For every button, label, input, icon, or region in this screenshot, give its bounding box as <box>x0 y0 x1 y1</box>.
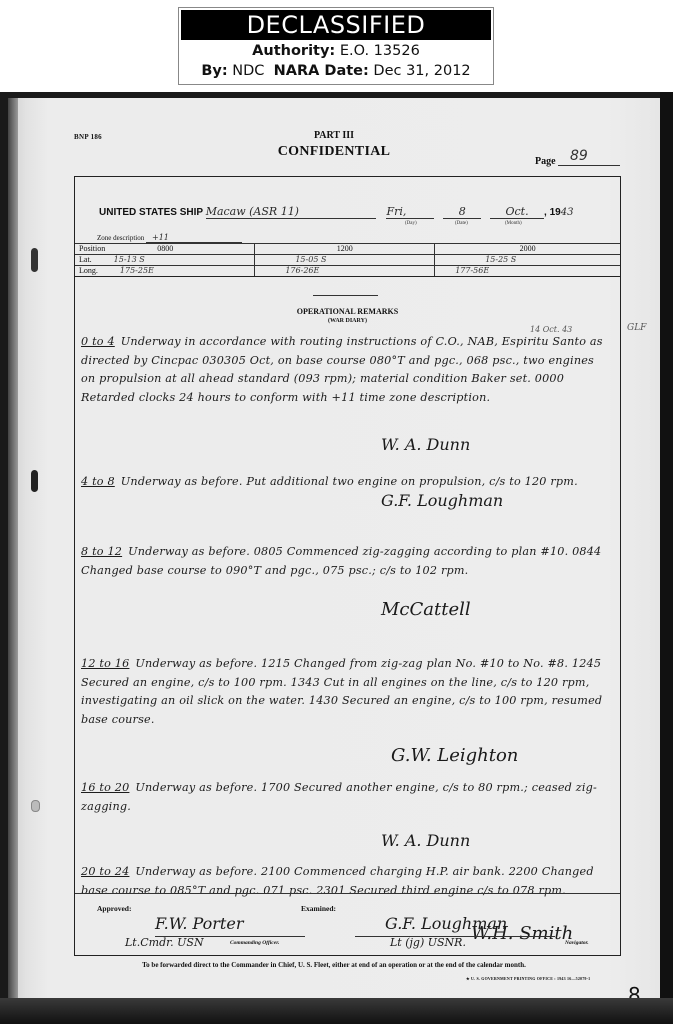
margin-initials: GLF <box>627 323 646 333</box>
latitude-row: Lat. 15-13 S 15-05 S 15-25 S <box>75 255 620 266</box>
long-1200: 176-26E <box>255 266 435 277</box>
entry-0-4: 0 to 4Underway in accordance with routin… <box>81 333 611 407</box>
authority-value: E.O. 13526 <box>340 43 420 59</box>
entry-8-12: 8 to 12Underway as before. 0805 Commence… <box>81 543 611 580</box>
watch-label: 20 to 24 <box>81 865 129 878</box>
by-value: NDC <box>232 63 264 79</box>
ship-label: UNITED STATES SHIP <box>99 207 203 218</box>
watch-label: 0 to 4 <box>81 335 115 348</box>
date-value: 8 <box>443 205 481 219</box>
time-2000: 2000 <box>435 244 620 255</box>
navigator-label: Navigator. <box>565 940 589 946</box>
zone-value: +11 <box>146 233 242 243</box>
long-0800: 175-25E <box>100 266 154 275</box>
entry-text: Underway as before. Put additional two e… <box>121 475 578 488</box>
lat-1200: 15-05 S <box>255 255 435 266</box>
time-0800: 0800 <box>157 244 173 253</box>
examined-label: Examined: <box>301 904 336 913</box>
position-label: Position <box>79 244 105 253</box>
approved-signature: F.W. Porter <box>155 914 243 933</box>
day-caption: (Day) <box>405 221 417 226</box>
year-prefix: , 19 <box>544 207 561 218</box>
entry-text: Underway as before. 1215 Changed from zi… <box>81 657 602 726</box>
entry-text: Underway as before. 2100 Commenced charg… <box>81 865 594 897</box>
signature-0-4: W. A. Dunn <box>381 435 470 454</box>
binding-edge <box>8 98 18 998</box>
authority-label: Authority: <box>252 43 335 59</box>
long-cell-0800: Long. 175-25E <box>75 266 255 277</box>
zone-label: Zone description <box>97 234 144 242</box>
footer-instruction: To be forwarded direct to the Commander … <box>8 961 660 969</box>
commanding-officer-label: Commanding Officer. <box>230 940 279 946</box>
entry-16-20: 16 to 20Underway as before. 1700 Secured… <box>81 779 611 816</box>
long-2000: 177-56E <box>435 266 620 277</box>
signature-8-12: McCattell <box>381 599 471 620</box>
time-1200: 1200 <box>255 244 435 255</box>
page-label: Page <box>535 156 556 167</box>
watch-label: 4 to 8 <box>81 475 115 488</box>
punch-hole <box>31 800 40 812</box>
position-table: Position 0800 1200 2000 Lat. 15-13 S 15-… <box>75 243 620 277</box>
scan-border-right <box>660 92 673 1024</box>
page-number: 89 <box>558 148 620 166</box>
examined-sub: Lt (jg) USNR. <box>390 936 466 949</box>
remarks-title: OPERATIONAL REMARKS <box>75 307 620 316</box>
stamp-by: By: NDC NARA Date: Dec 31, 2012 <box>179 60 493 82</box>
part-heading: PART III <box>8 130 660 141</box>
paper-sheet: BNP 186 PART III CONFIDENTIAL Page 89 UN… <box>8 98 660 998</box>
nara-label: NARA Date: <box>274 63 369 79</box>
nara-value: Dec 31, 2012 <box>373 63 470 79</box>
declassified-stamp: DECLASSIFIED Authority: E.O. 13526 By: N… <box>178 7 494 85</box>
watch-label: 16 to 20 <box>81 781 129 794</box>
stamp-authority: Authority: E.O. 13526 <box>179 40 493 62</box>
scanned-page: BNP 186 PART III CONFIDENTIAL Page 89 UN… <box>0 92 673 1024</box>
approved-label: Approved: <box>97 904 131 913</box>
ship-row: UNITED STATES SHIP Macaw (ASR 11) Fri, 8… <box>99 205 573 219</box>
signature-12-16: G.W. Leighton <box>391 745 518 766</box>
entry-text: Underway as before. 1700 Secured another… <box>81 781 597 813</box>
year-suffix: 43 <box>561 207 574 218</box>
entry-4-8: 4 to 8Underway as before. Put additional… <box>81 473 611 492</box>
entry-text: Underway in accordance with routing inst… <box>81 335 603 404</box>
lat-2000: 15-25 S <box>435 255 620 266</box>
lat-cell-0800: Lat. 15-13 S <box>75 255 255 266</box>
by-label: By: <box>201 63 227 79</box>
punch-hole <box>31 470 38 492</box>
zone-description: Zone description +11 <box>97 233 242 243</box>
position-header-row: Position 0800 1200 2000 <box>75 244 620 255</box>
remarks-subtitle: (WAR DIARY) <box>75 318 620 324</box>
date-caption: (Date) <box>455 221 468 226</box>
printing-office-imprint: ★ U. S. GOVERNMENT PRINTING OFFICE : 194… <box>466 976 590 981</box>
examined-signature: G.F. Loughman <box>385 914 507 933</box>
approval-section: Approved: F.W. Porter Lt.Cmdr. USN Comma… <box>75 893 620 956</box>
watch-label: 8 to 12 <box>81 545 122 558</box>
day-value: Fri, <box>386 205 434 219</box>
lat-0800: 15-13 S <box>94 255 145 264</box>
longitude-row: Long. 175-25E 176-26E 177-56E <box>75 266 620 277</box>
ship-name: Macaw (ASR 11) <box>206 205 376 219</box>
watch-label: 12 to 16 <box>81 657 129 670</box>
war-diary-form: UNITED STATES SHIP Macaw (ASR 11) Fri, 8… <box>74 176 621 956</box>
signature-4-8: G.F. Loughman <box>381 491 503 510</box>
divider <box>313 295 378 296</box>
signature-16-20: W. A. Dunn <box>381 831 470 850</box>
month-caption: (Month) <box>505 221 522 226</box>
entry-12-16: 12 to 16Underway as before. 1215 Changed… <box>81 655 611 729</box>
position-header: Position 0800 <box>75 244 255 255</box>
punch-hole <box>31 248 38 272</box>
long-label: Long. <box>79 266 98 275</box>
approved-sub: Lt.Cmdr. USN <box>125 936 204 949</box>
entry-text: Underway as before. 0805 Commenced zig-z… <box>81 545 601 577</box>
lat-label: Lat. <box>79 255 92 264</box>
scan-border-bottom <box>0 998 673 1024</box>
stamp-title: DECLASSIFIED <box>181 10 491 40</box>
month-value: Oct. <box>490 205 544 219</box>
